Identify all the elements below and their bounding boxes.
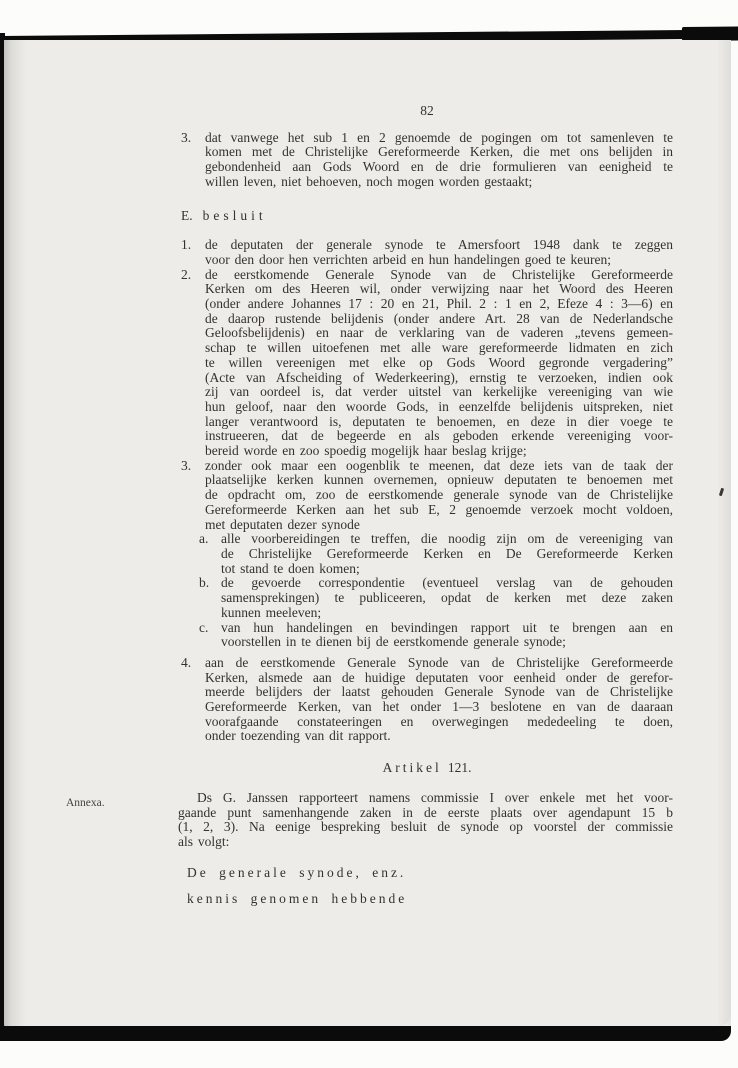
top-scan-bar-blob [682, 27, 738, 42]
sub-item-text: alle voorbereidingen te treffen, die noo… [221, 532, 673, 576]
item-text: de eerstkomende Generale Synode van de C… [205, 268, 673, 459]
page-number: 82 [181, 104, 673, 119]
item-number: 3. [181, 131, 205, 146]
sub-item-c: c. van hun handelingen en bevindingen ra… [199, 621, 673, 650]
bottom-scan-bar [0, 1026, 731, 1041]
item-number: 2. [181, 268, 205, 283]
besluit-heading-prefix: E. [181, 208, 193, 223]
sub-item-a: a. alle voorbereidingen te treffen, die … [199, 532, 673, 576]
page-right-edge-shadow [717, 40, 731, 1027]
artikel-121-heading: Artikel121. [181, 761, 673, 776]
artikel-heading-number: 121. [448, 760, 472, 775]
item-text: zonder ook maar een oogenblik te meenen,… [205, 459, 673, 533]
item-text: de deputaten der generale synode te Amer… [205, 238, 673, 267]
item-number: 3. [181, 459, 205, 474]
item-text: aan de eerstkomende Generale Synode van … [205, 656, 673, 744]
page-left-edge-shadow [4, 40, 26, 1027]
artikel-heading-word: Artikel [383, 760, 442, 775]
item-number: 1. [181, 238, 205, 253]
besluit-item-2: 2. de eerstkomende Generale Synode van d… [181, 268, 673, 459]
sub-item-letter: b. [199, 576, 221, 591]
sub-item-text: van hun handelingen en bevindingen rappo… [221, 621, 673, 650]
artikel-121-body: Ds G. Janssen rapporteert namens commiss… [178, 791, 673, 907]
scan-artifact-mark [719, 488, 724, 497]
scan-page: Annexa. 82 3. dat vanwege het sub 1 en 2… [4, 40, 731, 1027]
list-item-pre-3: 3. dat vanwege het sub 1 en 2 genoemde d… [181, 131, 673, 190]
annexa-paragraph: Ds G. Janssen rapporteert namens commiss… [178, 791, 673, 850]
item-number: 4. [181, 656, 205, 671]
besluit-item-1: 1. de deputaten der generale synode te A… [181, 238, 673, 267]
page-content: 82 3. dat vanwege het sub 1 en 2 genoemd… [181, 40, 673, 907]
closing-line-kennis: kennis genomen hebbende [187, 892, 673, 907]
margin-note-annexa: Annexa. [66, 797, 105, 809]
sub-item-letter: a. [199, 532, 221, 547]
sub-item-letter: c. [199, 621, 221, 636]
besluit-heading-word: besluit [203, 208, 267, 223]
sub-item-text: de gevoerde correspondentie (eventueel v… [221, 576, 673, 620]
item-text: dat vanwege het sub 1 en 2 genoemde de p… [205, 131, 673, 190]
sub-item-b: b. de gevoerde correspondentie (eventuee… [199, 576, 673, 620]
besluit-item-4: 4. aan de eerstkomende Generale Synode v… [181, 656, 673, 744]
closing-line-synode: De generale synode, enz. [187, 866, 673, 881]
besluit-heading: E.besluit [181, 209, 673, 224]
besluit-item-3: 3. zonder ook maar een oogenblik te meen… [181, 459, 673, 533]
